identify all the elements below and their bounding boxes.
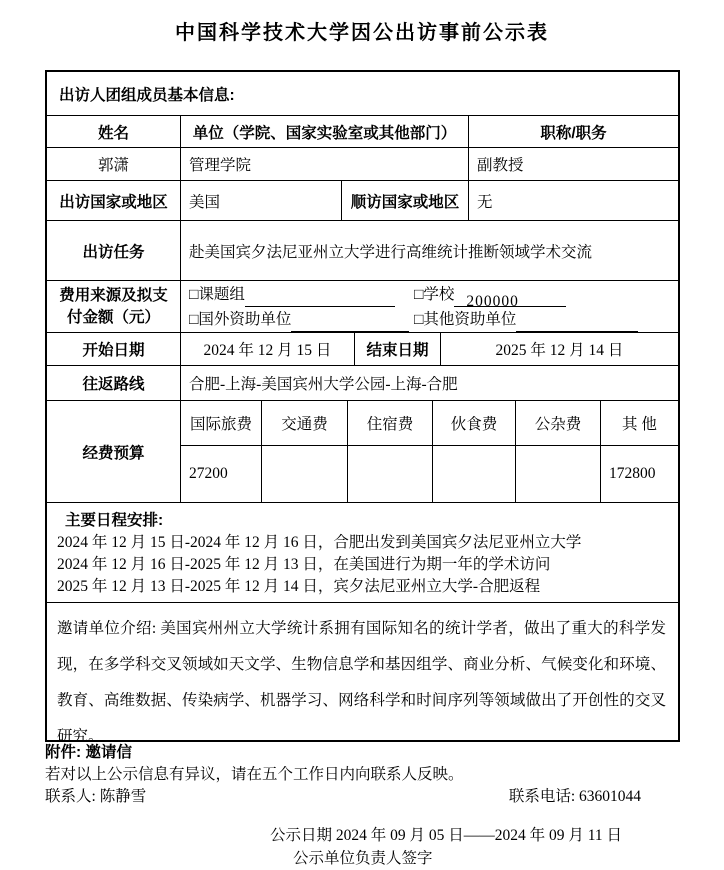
- funding-label-line2: 付金额（元）: [59, 307, 168, 329]
- budget-value: [347, 446, 432, 502]
- budget-col-header: 交通费: [261, 401, 347, 445]
- page-title: 中国科学技术大学因公出访事前公示表: [0, 0, 724, 45]
- contact-label: 联系人:: [45, 788, 100, 805]
- schedule-line: 2024 年 12 月 15 日-2024 年 12 月 16 日，合肥出发到美…: [57, 532, 668, 554]
- funding-fill-line: 200000: [454, 289, 566, 307]
- phone-number: 63601044: [579, 788, 641, 805]
- route-value: 合肥-上海-美国宾州大学公园-上海-合肥: [180, 366, 678, 400]
- contact-phone: 联系电话: 63601044: [509, 786, 641, 808]
- transit-country-value: 无: [468, 181, 678, 220]
- budget-col-header: 伙食费: [432, 401, 515, 445]
- mission-label: 出访任务: [47, 221, 180, 280]
- budget-value: [261, 446, 347, 502]
- phone-label: 联系电话:: [509, 788, 579, 805]
- col-header-position: 职称/职务: [468, 116, 678, 147]
- funding-line-2: □国外资助单位□其他资助单位: [189, 307, 638, 332]
- budget-values-row: 27200 172800: [181, 445, 678, 502]
- budget-value: [515, 446, 600, 502]
- schedule-title: 主要日程安排:: [57, 510, 668, 532]
- checkbox-icon: □: [414, 286, 423, 303]
- row-section-header: 出访人团组成员基本信息:: [47, 72, 678, 115]
- footer: 附件: 邀请信 若对以上公示信息有异议，请在五个工作日内向联系人反映。 联系人:…: [45, 742, 681, 870]
- member-position: 副教授: [468, 148, 678, 180]
- funding-line-1: □课题组□学校200000: [189, 282, 638, 307]
- row-schedule: 主要日程安排: 2024 年 12 月 15 日-2024 年 12 月 16 …: [47, 502, 678, 602]
- funding-options: □课题组□学校200000 □国外资助单位□其他资助单位: [180, 281, 678, 332]
- row-column-headers: 姓名 单位（学院、国家实验室或其他部门） 职称/职务: [47, 115, 678, 147]
- budget-col-header: 国际旅费: [181, 401, 261, 445]
- row-route: 往返路线 合肥-上海-美国宾州大学公园-上海-合肥: [47, 365, 678, 400]
- funding-option-value: [516, 318, 528, 333]
- objection-note: 若对以上公示信息有异议，请在五个工作日内向联系人反映。: [45, 764, 681, 786]
- publicity-period: 公示日期 2024 年 09 月 05 日——2024 年 09 月 11 日: [270, 825, 681, 847]
- funding-option-label: 其他资助单位: [423, 311, 516, 328]
- checkbox-icon: □: [189, 286, 198, 303]
- budget-header-row: 国际旅费 交通费 住宿费 伙食费 公杂费 其 他: [181, 401, 678, 445]
- row-budget: 经费预算 国际旅费 交通费 住宿费 伙食费 公杂费 其 他 27200 1728…: [47, 400, 678, 502]
- start-date-value: 2024 年 12 月 15 日: [180, 333, 354, 365]
- budget-value: 172800: [600, 446, 678, 502]
- inviting-unit-intro: 邀请单位介绍: 美国宾州州立大学统计系拥有国际知名的统计学者，做出了重大的科学发…: [47, 603, 678, 740]
- funding-fill-line: [245, 289, 395, 307]
- schedule-cell: 主要日程安排: 2024 年 12 月 15 日-2024 年 12 月 16 …: [47, 503, 678, 602]
- funding-option-school: □学校200000: [414, 286, 566, 303]
- checkbox-icon: □: [189, 311, 198, 328]
- section-header: 出访人团组成员基本信息:: [47, 72, 678, 115]
- funding-fill-line: [516, 314, 638, 332]
- funding-option-label: 课题组: [198, 286, 245, 303]
- document-page: 中国科学技术大学因公出访事前公示表 出访人团组成员基本信息: 姓名 单位（学院、…: [0, 0, 724, 870]
- schedule-line: 2024 年 12 月 16 日-2025 年 12 月 13 日，在美国进行为…: [57, 554, 668, 576]
- row-countries: 出访国家或地区 美国 顺访国家或地区 无: [47, 180, 678, 220]
- route-label: 往返路线: [47, 366, 180, 400]
- row-dates: 开始日期 2024 年 12 月 15 日 结束日期 2025 年 12 月 1…: [47, 332, 678, 365]
- form-table: 出访人团组成员基本信息: 姓名 单位（学院、国家实验室或其他部门） 职称/职务 …: [45, 70, 680, 742]
- row-member: 郭潇 管理学院 副教授: [47, 147, 678, 180]
- contact-person: 联系人: 陈静雪: [45, 786, 146, 808]
- funding-label-line1: 费用来源及拟支: [59, 285, 168, 307]
- funding-option-value: [291, 318, 303, 333]
- attachment-note: 附件: 邀请信: [45, 742, 681, 764]
- funding-option-project: □课题组: [189, 282, 414, 307]
- contact-name: 陈静雪: [100, 788, 147, 805]
- funding-fill-line: [291, 314, 409, 332]
- signature-line: 公示单位负责人签字: [293, 847, 681, 870]
- funding-option-foreign: □国外资助单位: [189, 307, 414, 332]
- schedule-line: 2025 年 12 月 13 日-2025 年 12 月 14 日，宾夕法尼亚州…: [57, 576, 668, 598]
- end-date-value: 2025 年 12 月 14 日: [440, 333, 678, 365]
- checkbox-icon: □: [414, 311, 423, 328]
- funding-option-label: 国外资助单位: [198, 311, 291, 328]
- budget-col-header: 其 他: [600, 401, 678, 445]
- row-funding: 费用来源及拟支 付金额（元） □课题组□学校200000 □国外资助单位□其他资…: [47, 280, 678, 332]
- funding-option-label: 学校: [423, 286, 454, 303]
- visit-country-label: 出访国家或地区: [47, 181, 180, 220]
- col-header-unit: 单位（学院、国家实验室或其他部门）: [180, 116, 468, 147]
- start-date-label: 开始日期: [47, 333, 180, 365]
- member-name: 郭潇: [47, 148, 180, 180]
- row-intro: 邀请单位介绍: 美国宾州州立大学统计系拥有国际知名的统计学者，做出了重大的科学发…: [47, 602, 678, 740]
- col-header-name: 姓名: [47, 116, 180, 147]
- budget-col-header: 公杂费: [515, 401, 600, 445]
- member-unit: 管理学院: [180, 148, 468, 180]
- funding-label: 费用来源及拟支 付金额（元）: [47, 281, 180, 332]
- funding-option-other: □其他资助单位: [414, 311, 638, 328]
- budget-value: [432, 446, 515, 502]
- budget-grid: 国际旅费 交通费 住宿费 伙食费 公杂费 其 他 27200 172800: [180, 401, 678, 502]
- transit-country-label: 顺访国家或地区: [341, 181, 468, 220]
- contact-row: 联系人: 陈静雪 联系电话: 63601044: [45, 786, 681, 808]
- budget-col-header: 住宿费: [347, 401, 432, 445]
- row-mission: 出访任务 赴美国宾夕法尼亚州立大学进行高维统计推断领域学术交流: [47, 220, 678, 280]
- visit-country-value: 美国: [180, 181, 341, 220]
- mission-value: 赴美国宾夕法尼亚州立大学进行高维统计推断领域学术交流: [180, 221, 678, 280]
- budget-label: 经费预算: [47, 401, 180, 502]
- budget-value: 27200: [181, 446, 261, 502]
- end-date-label: 结束日期: [354, 333, 440, 365]
